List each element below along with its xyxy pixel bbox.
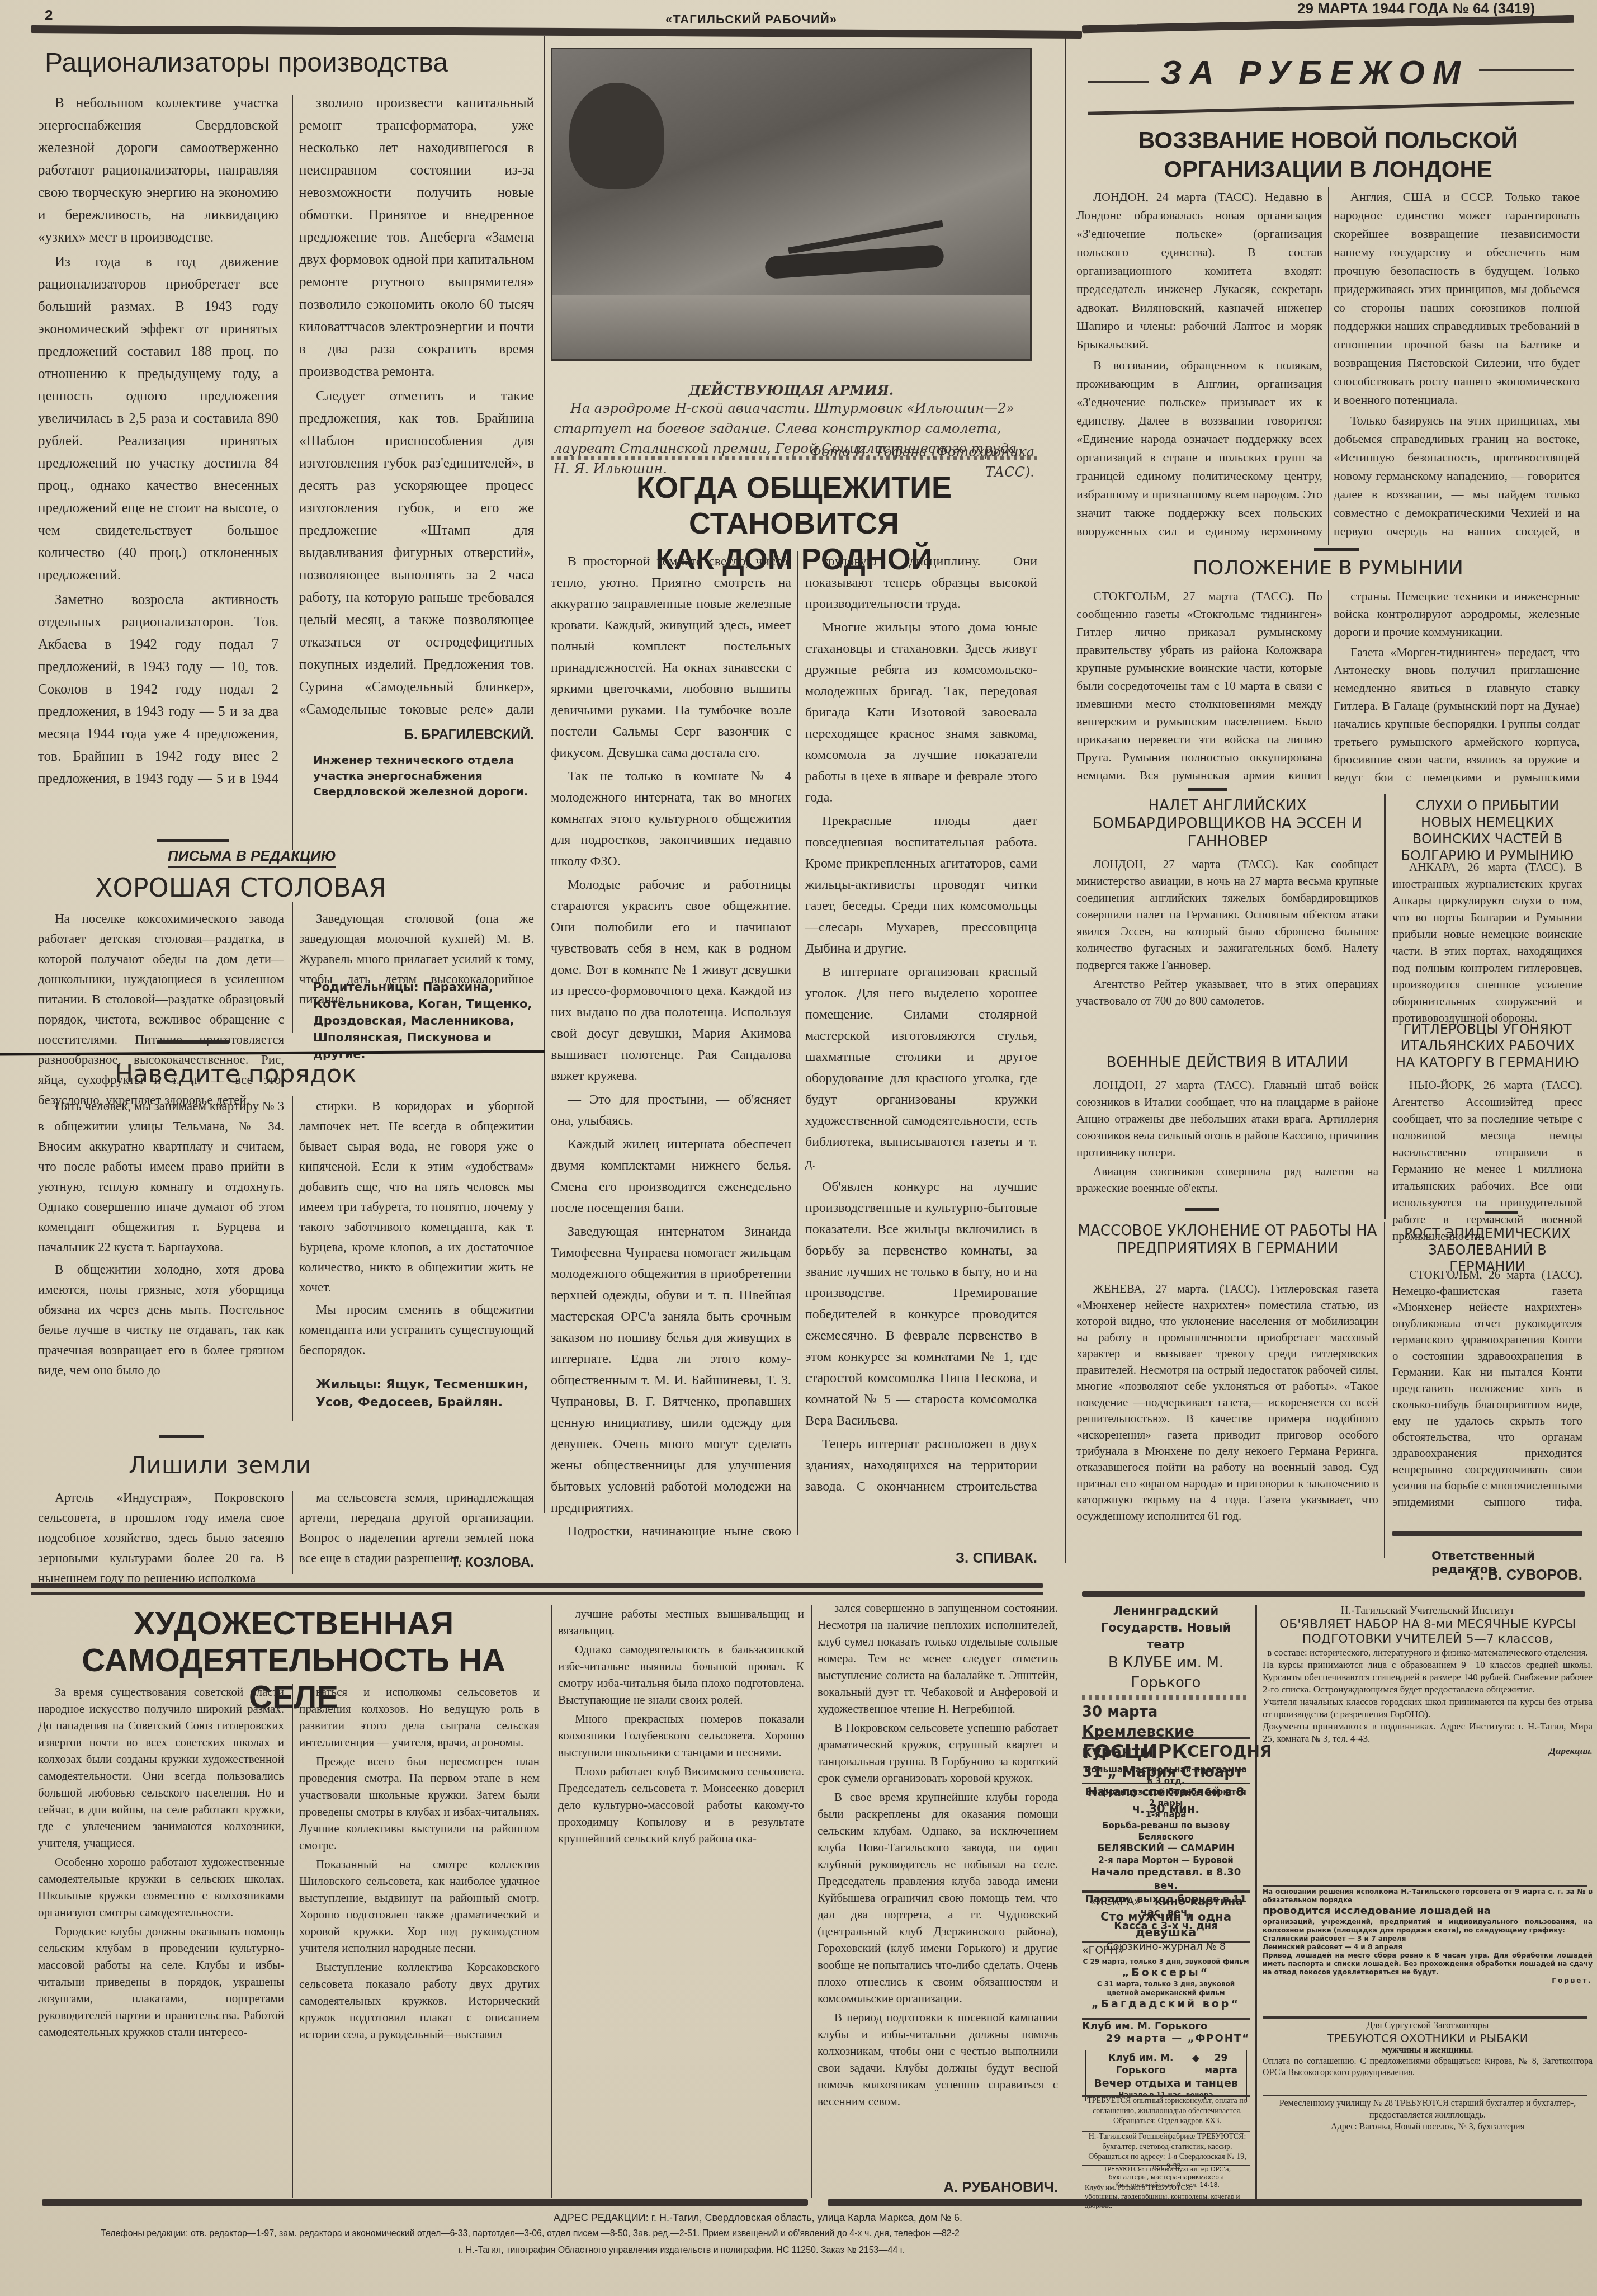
wavy-rule — [551, 456, 1037, 460]
paragraph: Мы просим сменить в общежитии коменданта… — [299, 1300, 534, 1360]
column-divider — [544, 36, 545, 1513]
paragraph: Каждый жилец интерната обеспечен двумя к… — [551, 1134, 791, 1219]
ad-circus-line: Во французской борьбе борются 2 пары — [1082, 1786, 1250, 1809]
ad-trade-school: Ремесленному училищу № 28 ТРЕБУЮТСЯ стар… — [1263, 2097, 1593, 2133]
ad-iskra-type: кино-картина — [1155, 1893, 1243, 1909]
ad-dance-title: Вечер отдыха и танцев — [1089, 2077, 1242, 2090]
paragraph: Однако самодеятельность в бальзасинской … — [558, 1641, 804, 1708]
dash-rule — [1479, 69, 1574, 71]
paragraph: Заметно возросла активность отдельных ра… — [38, 589, 278, 791]
ad-divider — [1263, 2016, 1587, 2019]
ad-circus-line: БЕЛЯВСКИЙ — САМАРИН — [1082, 1842, 1250, 1855]
article-body: НЬЮ-ЙОРК, 26 марта (ТАСС). Агентство Асс… — [1392, 1077, 1582, 1244]
ad-gorn-film: „Боксеры“ — [1082, 1966, 1250, 1979]
column-divider — [1384, 794, 1386, 1219]
column-divider — [1328, 590, 1329, 780]
section-rule — [1082, 1591, 1585, 1597]
article-column: В небольшом коллективе участка энергосна… — [38, 92, 278, 791]
article-author: Т. КОЗЛОВА. — [299, 1555, 534, 1571]
ad-text: Н.-Тагильский Учительский Институт — [1263, 1604, 1593, 1618]
paragraph: Заведующая интернатом Зинаида Тимофеевна… — [551, 1221, 791, 1519]
article-author: А. РУБАНОВИЧ. — [818, 2179, 1058, 2196]
portrait-figure — [569, 83, 664, 189]
paragraph: ЛОНДОН, 27 марта (ТАСС). Главный штаб во… — [1076, 1077, 1378, 1161]
ad-text: Учителя начальных классов городских школ… — [1263, 1696, 1593, 1720]
article-column: Пять человек, мы занимаем квартиру № 3 в… — [38, 1096, 284, 1412]
column-divider — [292, 1491, 293, 1574]
ad-text: На основании решения исполкома Н.-Тагиль… — [1263, 1888, 1593, 1904]
ad-circus-line: 1-я пара — [1082, 1809, 1250, 1820]
photo-ilyushin-aircraft — [551, 48, 1032, 361]
ad-gorn-line: С 29 марта, только 3 дня, звуковой фильм — [1082, 1957, 1250, 1966]
ad-text: проводится исследование лошадей на — [1263, 1904, 1593, 1918]
title-line-1: ХУДОЖЕСТВЕННАЯ — [45, 1605, 542, 1642]
title-line-1: КОГДА ОБЩЕЖИТИЕ СТАНОВИТСЯ — [551, 470, 1037, 541]
ad-circus-line: Большая гастрольная программа в 3 отд. — [1082, 1764, 1250, 1786]
article-title: ВОЕННЫЕ ДЕЙСТВИЯ В ИТАЛИИ — [1076, 1054, 1378, 1071]
article-body: СТОКГОЛЬМ, 26 марта (ТАСС). Немецко-фаши… — [1392, 1267, 1582, 1513]
paragraph: Пять человек, мы занимаем квартиру № 3 в… — [38, 1096, 284, 1257]
paragraph: Особенно хорошо работают художественные … — [38, 1854, 284, 1921]
paragraph: В небольшом коллективе участка энергосна… — [38, 92, 278, 249]
article-column: За время существования советской власти … — [38, 1684, 284, 2198]
signers: Жильцы: Ящук, Тесменшкин, Усов, Федосеев… — [316, 1376, 534, 1412]
ad-theatre-venue: В КЛУБЕ им. М. Горького — [1082, 1653, 1250, 1693]
paragraph: — Это для простыни, — об'ясняет она, улы… — [551, 1089, 791, 1132]
paragraph: Теперь интернат расположен в двух здания… — [805, 1434, 1037, 1502]
ad-text: мужчины и женщины. — [1263, 2045, 1593, 2056]
article-title: СЛУХИ О ПРИБЫТИИ НОВЫХ НЕМЕЦКИХ ВОИНСКИХ… — [1392, 797, 1582, 864]
ad-iskra-name: «ИСКРА» — [1089, 1893, 1141, 1909]
masthead-rule — [31, 25, 1082, 39]
paragraph: Об'явлен конкурс на лучшие производствен… — [805, 1176, 1037, 1431]
ad-text: Адрес: Вагонка, Новый поселок, № 3, бухг… — [1263, 2121, 1593, 2133]
ad-gorn-line: С 31 марта, только 3 дня, звуковой цветн… — [1082, 1979, 1250, 1997]
paragraph: Из года в год движение рационализаторов … — [38, 251, 278, 587]
ad-circus-today: СЕГОДНЯ — [1187, 1739, 1272, 1764]
ad-iskra-head: «ИСКРА» кино-картина — [1082, 1893, 1250, 1909]
ad-circus-line: Борьба-реванш по вызову Белявского — [1082, 1820, 1250, 1842]
footer-printer: г. Н.-Тагил, типография Областного управ… — [459, 2246, 1577, 2256]
newspaper-name: «ТАГИЛЬСКИЙ РАБОЧИЙ» — [665, 12, 837, 27]
ad-teachers-institute: Н.-Тагильский Учительский Институт ОБ'ЯВ… — [1263, 1604, 1593, 1757]
paragraph: Показанный на смотре коллектив Шиловског… — [299, 1856, 540, 1956]
article-author: З. СПИВАК. — [805, 1549, 1037, 1567]
section-rule — [31, 1592, 1043, 1595]
article-body: ЛОНДОН, 27 марта (ТАСС). Как сообщает ми… — [1076, 856, 1378, 1011]
ad-text: Оплата по соглашению. С предложениями об… — [1263, 2056, 1593, 2078]
column-divider — [292, 902, 293, 1033]
paragraph: Много прекрасных номеров показали колхоз… — [558, 1710, 804, 1761]
ad-divider — [1263, 1885, 1587, 1887]
paragraph: лучшие работы местных вышивальщиц и вяза… — [558, 1605, 804, 1639]
separator — [1392, 1531, 1582, 1536]
separator — [1185, 1208, 1219, 1211]
paragraph: Следует отметить и такие предложения, ка… — [299, 385, 534, 724]
ad-club-front: Клуб им. М. Горького 29 марта — „ФРОНТ“ — [1082, 2020, 1250, 2045]
paragraph: В период подготовки к посевной кампании … — [818, 2009, 1058, 2110]
paragraph: Газета «Морген-тиднинген» передает, что … — [1334, 643, 1580, 786]
article-title: МАССОВОЕ УКЛОНЕНИЕ ОТ РАБОТЫ НА ПРЕДПРИЯ… — [1076, 1222, 1378, 1258]
article-title: Лишили земли — [129, 1451, 311, 1479]
column-divider — [292, 95, 293, 850]
ad-circus-line: 2-я пара Мортон — Буровой — [1082, 1855, 1250, 1866]
ad-text: ТРЕБУЕТСЯ опытный юрисконсульт, оплата п… — [1085, 2096, 1250, 2116]
ad-text: Ленинский райсовет — 4 и 8 апреля — [1263, 1943, 1593, 1951]
column-divider — [1255, 1605, 1257, 2204]
ad-club-line: 29 марта — „ФРОНТ“ — [1082, 2033, 1250, 2045]
paragraph: В интернате организован красный уголок. … — [805, 961, 1037, 1174]
article-column: Артель «Индустрая», Покровского сельсове… — [38, 1488, 284, 1588]
paragraph: Подростки, начинающие ныне свою самостоя… — [551, 1521, 791, 1541]
paragraph: Городские клубы должны оказывать помощь … — [38, 1923, 284, 2040]
article-title: Наведите порядок — [115, 1060, 357, 1088]
ad-dance-evening: Клуб им. М. Горького ◆ 29 марта Вечер от… — [1085, 2050, 1247, 2101]
article-author: Б. БРАГИЛЕВСКИЙ. — [299, 727, 534, 743]
ad-theatre-header: Ленинградский Государств. Новый театр — [1082, 1602, 1250, 1653]
footer-rule — [828, 2199, 1582, 2206]
separator — [157, 839, 229, 842]
ad-divider — [1082, 1737, 1250, 1739]
title-line-2: ОРГАНИЗАЦИИ В ЛОНДОНЕ — [1076, 155, 1580, 184]
ad-divider — [1082, 1890, 1250, 1893]
article-body: ЛОНДОН, 27 марта (ТАСС). Главный штаб во… — [1076, 1077, 1378, 1199]
ad-text: Для Сургутской Заготконторы — [1263, 2019, 1593, 2031]
article-column: ЛОНДОН, 24 марта (ТАСС). Недавно в Лондо… — [1076, 187, 1322, 545]
title-line-1: ВОЗЗВАНИЕ НОВОЙ ПОЛЬСКОЙ — [1076, 126, 1580, 155]
ad-job-lawyer: ТРЕБУЕТСЯ опытный юрисконсульт, оплата п… — [1085, 2096, 1250, 2127]
ad-text: На курсы принимаются лица с образованием… — [1263, 1659, 1593, 1696]
paragraph: стирки. В коридорах и уборной лампочек н… — [299, 1096, 534, 1298]
paragraph: ваться и исполкомы сельсоветов и правлен… — [299, 1684, 540, 1751]
dash-rule — [1088, 81, 1149, 83]
issue-date: 29 МАРТА 1944 ГОДА № 64 (3419) — [1297, 0, 1535, 17]
footer-rule — [42, 2199, 808, 2206]
diamond-icon: ◆ — [1192, 2052, 1199, 2077]
article-title: ГИТЛЕРОВЦЫ УГОНЯЮТ ИТАЛЬЯНСКИХ РАБОЧИХ Н… — [1392, 1021, 1582, 1071]
paragraph: В воззвании, обращенном к полякам, прожи… — [1076, 356, 1322, 545]
column-divider — [811, 1605, 812, 2198]
ad-text: Н.-Тагильской Госшвейфабрике ТРЕБУЮТСЯ: … — [1085, 2132, 1250, 2152]
footer-phones: Телефоны редакции: отв. редактор—1-97, з… — [101, 2229, 1588, 2239]
page-number: 2 — [45, 7, 53, 24]
ad-divider — [1263, 2095, 1587, 2096]
separator — [1485, 1211, 1518, 1214]
ad-text: Клубу им. Горького ТРЕБУЮТСЯ: — [1085, 2183, 1250, 2192]
ad-iskra-film: Сто мужчин и одна девушка — [1082, 1909, 1250, 1940]
paragraph: За время существования советской власти … — [38, 1684, 284, 1851]
paragraph: В Покровском сельсовете успешно работает… — [818, 1719, 1058, 1786]
article-column: страны. Немецкие техники и инженерные во… — [1334, 587, 1580, 786]
newspaper-page: 2 «ТАГИЛЬСКИЙ РАБОЧИЙ» 29 МАРТА 1944 ГОД… — [0, 0, 1597, 2296]
section-rule — [31, 1583, 1043, 1588]
ad-club-name: Клуб им. М. Горького — [1082, 2020, 1250, 2033]
article-column: зался совершенно в запущенном состоянии.… — [818, 1600, 1058, 2181]
separator — [1314, 548, 1359, 551]
ad-dance-date: 29 марта — [1199, 2052, 1242, 2077]
article-title: ПОЛОЖЕНИЕ В РУМЫНИИ — [1076, 557, 1580, 579]
column-divider — [1384, 1222, 1385, 1558]
ad-text: ТРЕБУЮТСЯ ОХОТНИКИ и РЫБАКИ — [1263, 2031, 1593, 2045]
paragraph: Выступление коллектива Корсаковского сел… — [299, 1959, 540, 2043]
airfield-ground — [552, 295, 1032, 361]
article-body: АНКАРА, 26 марта (ТАСС). В иностранных ж… — [1392, 859, 1582, 1026]
article-column: стирки. В коридорах и уборной лампочек н… — [299, 1096, 534, 1362]
masthead-rule-right — [1082, 15, 1574, 33]
paragraph: ЛОНДОН, 27 марта (ТАСС). Как сообщает ми… — [1076, 856, 1378, 973]
article-column: Англия, США и СССР. Только такое народно… — [1334, 187, 1580, 545]
column-divider — [292, 1096, 293, 1421]
paragraph: Плохо работает клуб Висимского сельсовет… — [558, 1763, 804, 1847]
paragraph: Англия, США и СССР. Только такое народно… — [1334, 187, 1580, 409]
ad-text: Обращаться: Отдел кадров КХЗ. — [1085, 2116, 1250, 2127]
column-divider — [551, 1605, 552, 2198]
rubric: ПИСЬМА В РЕДАКЦИЮ — [168, 847, 336, 868]
rubric-underline — [1088, 101, 1574, 115]
article-column: лучшие работы местных вышивальщиц и вяза… — [558, 1605, 804, 2198]
article-column: В просторной комнате светло, чисто, тепл… — [551, 551, 791, 1541]
article-column: зволило произвести капитальный ремонт тр… — [299, 92, 534, 724]
column-divider — [1328, 187, 1329, 545]
paragraph: Только базируясь на этих принципах, мы д… — [1334, 411, 1580, 545]
ad-signature: Дирекция. — [1263, 1745, 1593, 1757]
article-column: ваться и исполкомы сельсоветов и правлен… — [299, 1684, 540, 2198]
ad-text: Документы принимаются в подлинниках. Адр… — [1263, 1720, 1593, 1745]
ad-circus-head: ГОСЦИРК СЕГОДНЯ — [1082, 1739, 1250, 1764]
article-title: ВОЗЗВАНИЕ НОВОЙ ПОЛЬСКОЙ ОРГАНИЗАЦИИ В Л… — [1076, 126, 1580, 184]
ad-text: Ремесленному училищу № 28 ТРЕБУЮТСЯ стар… — [1263, 2097, 1593, 2121]
article-body: ЖЕНЕВА, 27 марта. (ТАСС). Гитлеровская г… — [1076, 1281, 1378, 1549]
ad-horses-notice: На основании решения исполкома Н.-Тагиль… — [1263, 1888, 1593, 1985]
paragraph: Так не только в комнате № 4 молодежного … — [551, 766, 791, 872]
ad-circus-line: Начало представл. в 8.30 веч. — [1082, 1866, 1250, 1893]
column-divider — [1065, 36, 1066, 1563]
ad-gorn: «ГОРН» С 29 марта, только 3 дня, звуково… — [1082, 1944, 1250, 2011]
paragraph: В свое время крупнейшие клубы города был… — [818, 1789, 1058, 2007]
paragraph: Авиация союзников совершила ряд налетов … — [1076, 1163, 1378, 1196]
column-divider — [797, 551, 798, 1535]
ad-text: в составе: исторического, литературного … — [1263, 1647, 1593, 1659]
editor-name: А. В. СУВОРОВ. — [1392, 1566, 1582, 1583]
ad-dance-club: Клуб им. М. Горького — [1089, 2052, 1192, 2077]
ad-surgut-hunters: Для Сургутской Заготконторы ТРЕБУЮТСЯ ОХ… — [1263, 2019, 1593, 2078]
paragraph: В просторной комнате светло, чисто, тепл… — [551, 551, 791, 763]
article-title: НАЛЕТ АНГЛИЙСКИХ БОМБАРДИРОВЩИКОВ НА ЭСС… — [1076, 797, 1378, 851]
ad-text: Привод лошадей на место сбора ровно к 8 … — [1263, 1951, 1593, 1977]
ad-gorn-film: „Багдадский вор“ — [1082, 1997, 1250, 2011]
footer-address: АДРЕС РЕДАКЦИИ: г. Н.-Тагил, Свердловска… — [554, 2212, 1588, 2224]
paragraph: ЛОНДОН, 24 марта (ТАСС). Недавно в Лондо… — [1076, 187, 1322, 353]
ad-text: организаций, учреждений, предприятий и и… — [1263, 1918, 1593, 1935]
paragraph: зался совершенно в запущенном состоянии.… — [818, 1600, 1058, 1717]
ad-circus-name: ГОСЦИРК — [1082, 1739, 1187, 1764]
ad-dance-head: Клуб им. М. Горького ◆ 29 марта — [1089, 2052, 1242, 2077]
paragraph: Прежде всего был пересмотрен план провед… — [299, 1753, 540, 1854]
paragraph: трудовую дисциплину. Они показывают тепе… — [805, 551, 1037, 615]
column-divider — [292, 1684, 293, 2198]
paragraph: Прекрасные плоды дает повседневная воспи… — [805, 810, 1037, 959]
author-title: Инженер технического отдела участка энер… — [313, 752, 534, 799]
separator — [157, 1040, 229, 1044]
paragraph: В общежитии холодно, хотя дрова имеются,… — [38, 1260, 284, 1380]
ad-text: Сталинский райсовет — 3 и 7 апреля — [1263, 1935, 1593, 1943]
paragraph: Агентство Рейтер указывает, что в этих о… — [1076, 975, 1378, 1009]
article-column: СТОКГОЛЬМ, 27 марта (ТАСС). По сообщению… — [1076, 587, 1322, 786]
abroad-rubric-block: ЗА РУБЕЖОМ — [1076, 53, 1580, 115]
ad-text: ОБ'ЯВЛЯЕТ НАБОР НА 8-ми МЕСЯЧНЫЕ КУРСЫ П… — [1263, 1618, 1593, 1647]
ad-gorn-name: «ГОРН» — [1082, 1944, 1250, 1957]
separator — [159, 1435, 204, 1438]
paragraph: страны. Немецкие техники и инженерные во… — [1334, 587, 1580, 641]
article-title: Рационализаторы производства — [45, 48, 448, 78]
article-title: ХОРОШАЯ СТОЛОВАЯ — [95, 873, 386, 903]
ad-signature: Горвет. — [1263, 1977, 1593, 1985]
paragraph: Молодые рабочие и работницы стараются ук… — [551, 874, 791, 1087]
wavy-rule — [1082, 1695, 1250, 1700]
paragraph: Многие жильцы этого дома юные стахановцы… — [805, 617, 1037, 808]
separator — [1188, 788, 1227, 791]
paragraph: зволило произвести капитальный ремонт тр… — [299, 92, 534, 383]
ad-text: ТРЕБУЮТСЯ: главный бухгалтер ОРС'а, бухг… — [1085, 2166, 1250, 2181]
article-column: трудовую дисциплину. Они показывают тепе… — [805, 551, 1037, 1502]
section-rubric: ЗА РУБЕЖОМ — [1160, 53, 1468, 92]
photo-rubric: ДЕЙСТВУЮЩАЯ АРМИЯ. — [551, 380, 1032, 400]
ad-divider — [1082, 1941, 1250, 1943]
